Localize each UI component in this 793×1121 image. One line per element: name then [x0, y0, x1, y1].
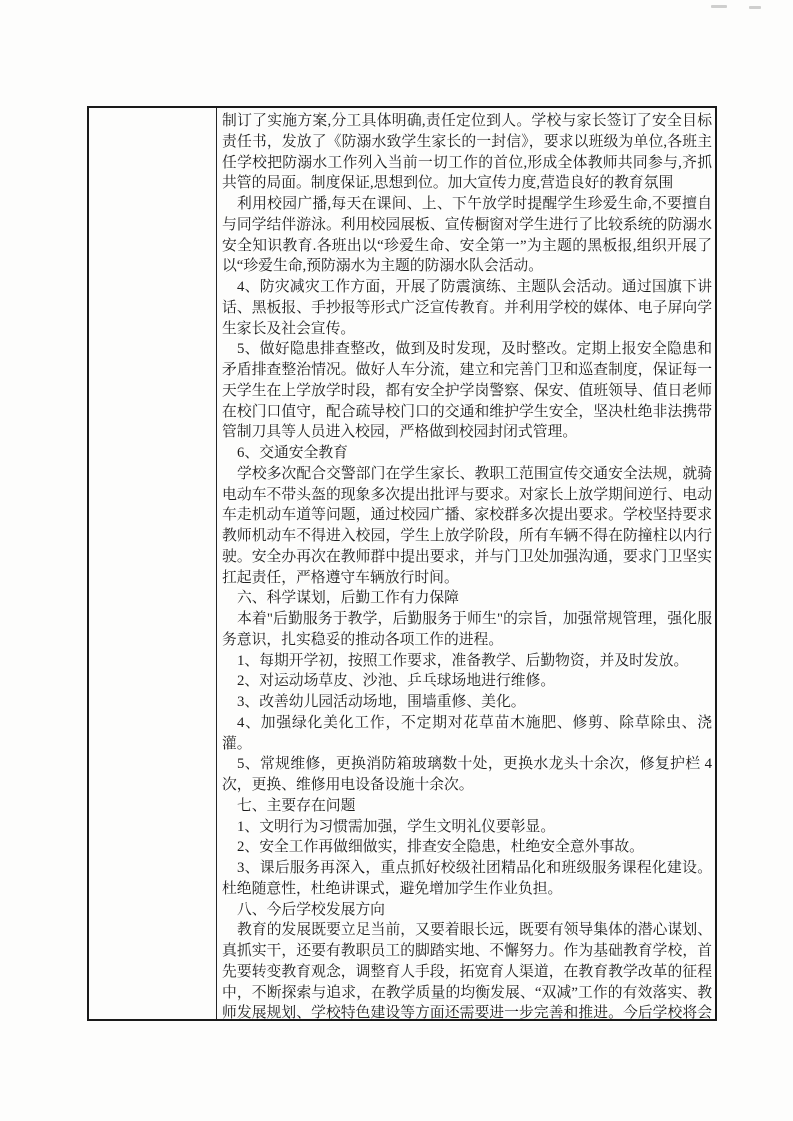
paragraph: 3、改善幼儿园活动场地，围墙重修、美化。: [222, 692, 712, 713]
paragraph: 六、科学谋划，后勤工作有力保障: [222, 588, 712, 609]
paragraph: 1、文明行为习惯需加强，学生文明礼仪要彰显。: [222, 817, 712, 838]
paragraph: 本着"后勤服务于教学，后勤服务于师生"的宗旨，加强常规管理，强化服务意识，扎实稳…: [222, 609, 712, 651]
table-left-cell: [89, 108, 217, 1019]
paragraph: 2、安全工作再做细做实，排查安全隐患，杜绝安全意外事故。: [222, 837, 712, 858]
paragraph: 教育的发展既要立足当前，又要着眼长远，既要有领导集体的潜心谋划、真抓实干，还要有…: [222, 920, 712, 1019]
paragraph: 八、今后学校发展方向: [222, 900, 712, 921]
paragraph: 3、课后服务再深入，重点抓好校级社团精品化和班级服务课程化建设。杜绝随意性，杜绝…: [222, 858, 712, 900]
paragraph: 制订了实施方案,分工具体明确,责任定位到人。学校与家长签订了安全目标责任书，发放…: [222, 111, 712, 194]
paragraph: 5、常规维修，更换消防箱玻璃数十处，更换水龙头十余次，修复护栏 4 次，更换、维…: [222, 754, 712, 796]
table-right-cell: 制订了实施方案,分工具体明确,责任定位到人。学校与家长签订了安全目标责任书，发放…: [217, 108, 715, 1019]
paragraph: 利用校园广播,每天在课间、上、下午放学时提醒学生珍爱生命,不要擅自与同学结伴游泳…: [222, 194, 712, 277]
scan-artifact: [711, 5, 727, 8]
paragraph: 七、主要存在问题: [222, 796, 712, 817]
document-page: 制订了实施方案,分工具体明确,责任定位到人。学校与家长签订了安全目标责任书，发放…: [0, 0, 793, 1121]
paragraph: 学校多次配合交警部门在学生家长、教职工范围宣传交通安全法规，就骑电动车不带头盔的…: [222, 464, 712, 589]
paragraph: 6、交通安全教育: [222, 443, 712, 464]
paragraph: 1、每期开学初，按照工作要求，准备教学、后勤物资，并及时发放。: [222, 651, 712, 672]
paragraph: 4、防灾减灾工作方面，开展了防震演练、主题队会活动。通过国旗下讲话、黑板报、手抄…: [222, 277, 712, 339]
scan-artifact: [749, 6, 761, 9]
paragraph: 5、做好隐患排查整改，做到及时发现，及时整改。定期上报安全隐患和矛盾排查整治情况…: [222, 339, 712, 443]
report-table: 制订了实施方案,分工具体明确,责任定位到人。学校与家长签订了安全目标责任书，发放…: [87, 106, 717, 1021]
paragraph: 2、对运动场草皮、沙池、乒乓球场地进行维修。: [222, 671, 712, 692]
paragraph: 4、加强绿化美化工作，不定期对花草苗木施肥、修剪、除草除虫、浇灌。: [222, 713, 712, 755]
